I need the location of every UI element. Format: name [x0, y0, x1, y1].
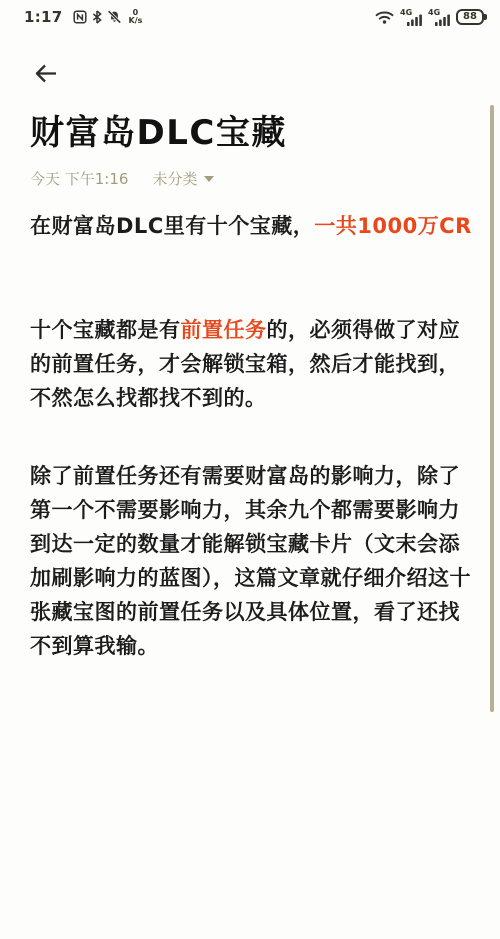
status-bar-left: 1:17 0 K/s [24, 8, 142, 26]
wifi-icon [375, 10, 394, 25]
battery-level: 88 [463, 12, 477, 22]
sim2-signal-icon: 4G [428, 9, 450, 26]
text-segment: 除了前置任务还有需要财富岛的影响力，除了第一个不需要影响力，其余九个都需要影响力… [30, 464, 471, 658]
scrollbar[interactable] [490, 105, 494, 712]
battery-nub [484, 14, 487, 20]
network-speed-unit: K/s [129, 17, 143, 25]
highlighted-text-segment: 一共1000万CR [314, 214, 472, 238]
text-segment: 十个宝藏都是有 [30, 318, 181, 342]
network-speed-indicator: 0 K/s [129, 9, 143, 25]
note-body[interactable]: 在财富岛DLC里有十个宝藏，一共1000万CR 十个宝藏都是有前置任务的，必须得… [30, 209, 473, 663]
status-bar: 1:17 0 K/s [0, 0, 500, 30]
mute-icon [107, 10, 122, 24]
note-header [0, 30, 500, 88]
status-bar-right: 4G 4G 88 [375, 9, 488, 26]
back-arrow-icon [30, 61, 60, 85]
paragraph: 十个宝藏都是有前置任务的，必须得做了对应的前置任务，才会解锁宝箱，然后才能找到，… [30, 313, 473, 415]
sim1-signal-icon: 4G [400, 9, 422, 26]
note-timestamp: 今天 下午1:16 [30, 168, 128, 189]
note-meta: 今天 下午1:16 未分类 [30, 168, 470, 189]
category-label: 未分类 [152, 168, 197, 189]
clock: 1:17 [24, 8, 63, 26]
paragraph: 在财富岛DLC里有十个宝藏，一共1000万CR [30, 209, 473, 243]
nfc-icon [73, 10, 87, 24]
back-button[interactable] [28, 58, 62, 88]
bluetooth-icon [92, 10, 102, 24]
highlighted-text-segment: 前置任务 [181, 318, 267, 342]
battery-icon: 88 [456, 9, 484, 25]
paragraph: 除了前置任务还有需要财富岛的影响力，除了第一个不需要影响力，其余九个都需要影响力… [30, 459, 473, 663]
note-title[interactable]: 财富岛DLC宝藏 [30, 110, 470, 156]
category-selector[interactable]: 未分类 [152, 168, 214, 189]
chevron-down-icon [204, 176, 214, 182]
text-segment: 在财富岛DLC里有十个宝藏， [30, 214, 314, 238]
